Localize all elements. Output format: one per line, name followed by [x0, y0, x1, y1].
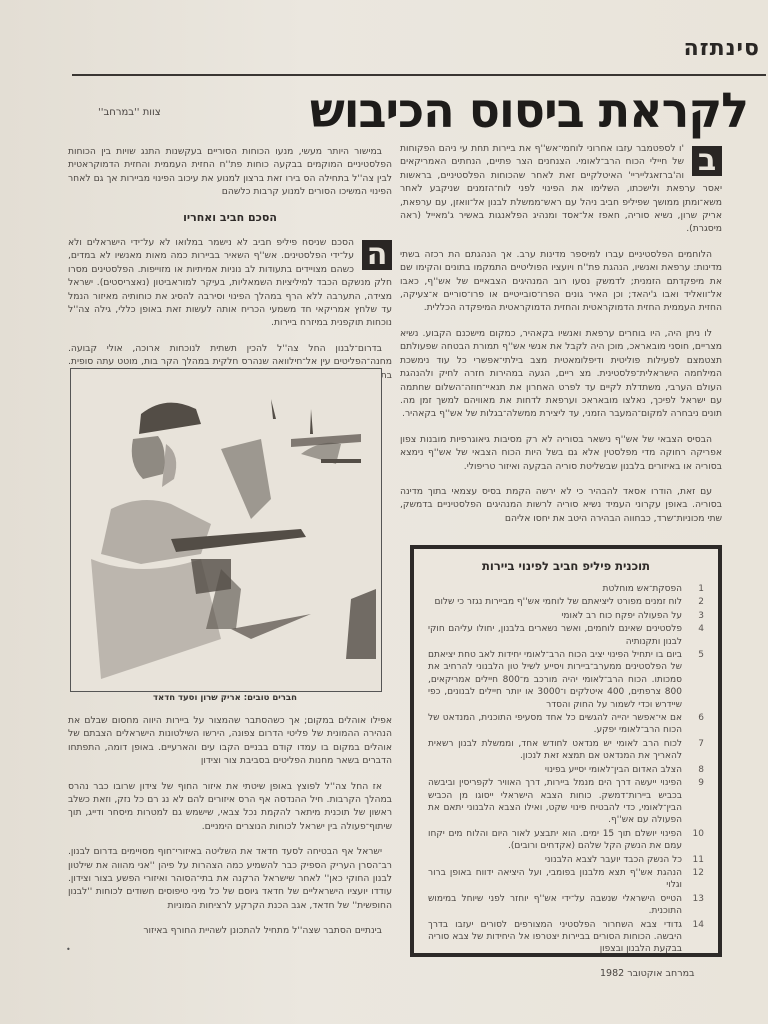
article-paragraph: הלוחמים הפלסטיניים עברו למיספר מדינות ער… [400, 248, 722, 315]
plan-item-text: הפינוי יושלם תוך 15 ימים. הוא יתבצע לאור… [428, 828, 682, 853]
plan-item-number: 11 [682, 854, 704, 866]
plan-item-text: הפסקת־אש מוחלטת [428, 583, 682, 595]
plan-item-text: אם אי־אפשר יהייה להגשים כל אחד מסעיפי הת… [428, 712, 682, 737]
article-paragraph: ה הסכם שניסח פיליפ חביב לא נישמר במלואו … [68, 236, 392, 330]
plan-item-number: 12 [682, 867, 704, 892]
plan-list-item: 7לכוח הרב לאומי יש מנדאט לחודש אחד, וממש… [428, 738, 704, 763]
plan-list-item: 9הפינוי ייעשה דרך הים מנמל ביירות, דרך ה… [428, 777, 704, 827]
plan-list-item: 13הטייס הישראלי שנשבה על־ידי אש''ף יוחזר… [428, 893, 704, 918]
plan-list-item: 8הצלב האדום הבין־לאומי יסייע בפינוי [428, 764, 704, 776]
plan-item-number: 5 [682, 649, 704, 711]
plan-list-item: 14גדודי צבא השחרור הפלסטיני המצורפים לסו… [428, 919, 704, 956]
plan-item-number: 4 [682, 623, 704, 648]
plan-item-number: 8 [682, 764, 704, 776]
decorative-dot: • [66, 945, 71, 954]
plan-item-number: 1 [682, 583, 704, 595]
news-photo [70, 368, 382, 692]
plan-sidebar-box: תוכנית פיליפ חביב לפינוי ביירות 1הפסקת־א… [410, 545, 722, 957]
plan-box-title: תוכנית פיליפ חביב לפינוי ביירות [428, 559, 704, 573]
plan-list-item: 3על הפעולה יפקח כוח רב לאומי [428, 610, 704, 622]
article-paragraph: בינתיים הסתבר שצה''ל מתחיל להתכונן לשהיי… [68, 924, 392, 937]
article-right-column: ב 'ו לספטמבר עזבו אחרוני לוחמי־אש''ף את … [400, 142, 722, 537]
subheading: הסכם חביב ואחריו [68, 211, 392, 224]
plan-item-text: כל הנשק הכבד יועבר לצבא הלבנוני [428, 854, 682, 866]
headline: לקראת ביסוס הכיבוש [310, 83, 748, 138]
page-footer: במרחב אוקטובר 1982 [600, 968, 695, 979]
plan-item-text: לכוח הרב לאומי יש מנדאט לחודש אחד, וממשל… [428, 738, 682, 763]
plan-item-number: 10 [682, 828, 704, 853]
byline: צוות ''במרחב'' [98, 107, 161, 118]
plan-item-number: 2 [682, 596, 704, 608]
article-left-column-bottom: אפילו אוהלים במקום; אך כשהסתבר שהמצור על… [68, 714, 392, 950]
dropcap-letter: ב [692, 146, 722, 176]
plan-item-text: הטייס הישראלי שנשבה על־ידי אש''ף יוחזר ל… [428, 893, 682, 918]
plan-list-item: 10הפינוי יושלם תוך 15 ימים. הוא יתבצע לא… [428, 828, 704, 853]
article-paragraph: הבסיס הצבאי של אש''ף נישאר בסוריה לא רק … [400, 433, 722, 473]
article-paragraph: לו ניתן היה, היו בוחרים ערפאת ואנשיו בקא… [400, 327, 722, 421]
article-paragraph: במישור היותר מעשי, מנעו הכוחות הסוריים ב… [68, 145, 392, 199]
plan-item-text: לוח זמנים מפורט ליציאתם של לוחמי אש''ף מ… [428, 596, 682, 608]
plan-item-text: ביום בו יתחיל הפינוי יציב הכוח הרב־לאומי… [428, 649, 682, 711]
plan-list-item: 12הנהגת אש''ף תצא מלבנון בפומבי, ועל היצ… [428, 867, 704, 892]
plan-list: 1הפסקת־אש מוחלטת2לוח זמנים מפורט ליציאתם… [428, 583, 704, 956]
plan-item-number: 3 [682, 610, 704, 622]
plan-item-text: הנהגת אש''ף תצא מלבנון בפומבי, ועל היציא… [428, 867, 682, 892]
plan-list-item: 6אם אי־אפשר יהייה להגשים כל אחד מסעיפי ה… [428, 712, 704, 737]
plan-item-number: 7 [682, 738, 704, 763]
dropcap-letter: ה [362, 240, 392, 270]
article-paragraph: אז החל צה''ל לפוצץ באופן שיטתי את איזור … [68, 780, 392, 834]
plan-list-item: 5ביום בו יתחיל הפינוי יציב הכוח הרב־לאומ… [428, 649, 704, 711]
photo-caption: חברים טובים: אריק שרון וסעד חדאד [70, 693, 380, 703]
plan-item-number: 13 [682, 893, 704, 918]
magazine-page: סינתזה לקראת ביסוס הכיבוש צוות ''במרחב''… [0, 0, 768, 1024]
plan-item-text: על הפעולה יפקח כוח רב לאומי [428, 610, 682, 622]
plan-item-number: 9 [682, 777, 704, 827]
article-paragraph: אפילו אוהלים במקום; אך כשהסתבר שהמצור על… [68, 714, 392, 768]
plan-list-item: 2לוח זמנים מפורט ליציאתם של לוחמי אש''ף … [428, 596, 704, 608]
article-paragraph: עם זאת, הודרו אסאד להבהיר כי לא ירשה הקמ… [400, 485, 722, 525]
plan-list-item: 11כל הנשק הכבד יועבר לצבא הלבנוני [428, 854, 704, 866]
plan-item-text: גדודי צבא השחרור הפלסטיני המצורפים לסורי… [428, 919, 682, 956]
article-paragraph: ב 'ו לספטמבר עזבו אחרוני לוחמי־אש''ף את … [400, 142, 722, 236]
soldier-photo-illustration [71, 369, 381, 691]
plan-item-text: הפינוי ייעשה דרך הים מנמל ביירות, דרך הא… [428, 777, 682, 827]
plan-item-text: הצלב האדום הבין־לאומי יסייע בפינוי [428, 764, 682, 776]
plan-list-item: 4פלסטינים שאינם לוחמים, ואשר נשארים בלבנ… [428, 623, 704, 648]
plan-item-number: 6 [682, 712, 704, 737]
top-rule-divider [72, 74, 766, 76]
plan-list-item: 1הפסקת־אש מוחלטת [428, 583, 704, 595]
section-label: סינתזה [684, 36, 760, 61]
plan-item-text: פלסטינים שאינם לוחמים, ואשר נשארים בלבנו… [428, 623, 682, 648]
plan-item-number: 14 [682, 919, 704, 956]
article-left-column-top: במישור היותר מעשי, מנעו הכוחות הסוריים ב… [68, 145, 392, 394]
article-paragraph: ישראל אף הבטיחה לסעד חדאד את השליטה באיז… [68, 845, 392, 912]
